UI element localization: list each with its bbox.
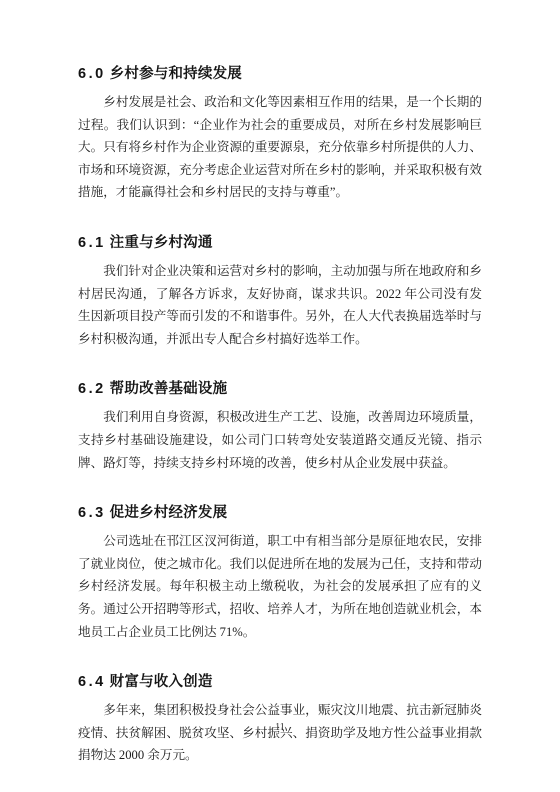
section-6-1: 6.1注重与乡村沟通 我们针对企业决策和运营对乡村的影响，主动加强与所在地政府和…	[78, 233, 482, 350]
section-number: 6.1	[78, 235, 106, 251]
section-title: 促进乡村经济发展	[110, 505, 228, 521]
section-title: 帮助改善基础设施	[110, 381, 228, 397]
page-content: 6.0乡村参与和持续发展 乡村发展是社会、政治和文化等因素相互作用的结果，是一个…	[78, 64, 482, 767]
section-6-2: 6.2帮助改善基础设施 我们利用自身资源，积极改进生产工艺、设施，改善周边环境质…	[78, 379, 482, 474]
section-6-4: 6.4财富与收入创造 多年来，集团积极投身社会公益事业，赈灾汶川地震、抗击新冠肺…	[78, 672, 482, 767]
section-number: 6.4	[78, 674, 106, 690]
section-heading: 6.0乡村参与和持续发展	[78, 64, 482, 85]
section-title: 乡村参与和持续发展	[110, 66, 242, 82]
document-page: 6.0乡村参与和持续发展 乡村发展是社会、政治和文化等因素相互作用的结果，是一个…	[0, 0, 560, 792]
section-6-3: 6.3促进乡村经济发展 公司选址在邗江区汊河街道，职工中有相当部分是原征地农民，…	[78, 503, 482, 643]
section-title: 注重与乡村沟通	[110, 235, 213, 251]
page-number: 11	[0, 722, 560, 733]
section-paragraph: 我们针对企业决策和运营对乡村的影响，主动加强与所在地政府和乡村居民沟通，了解各方…	[78, 260, 482, 350]
section-6-0: 6.0乡村参与和持续发展 乡村发展是社会、政治和文化等因素相互作用的结果，是一个…	[78, 64, 482, 204]
section-number: 6.0	[78, 66, 106, 82]
section-paragraph: 我们利用自身资源，积极改进生产工艺、设施，改善周边环境质量，支持乡村基础设施建设…	[78, 406, 482, 474]
section-heading: 6.3促进乡村经济发展	[78, 503, 482, 524]
section-heading: 6.2帮助改善基础设施	[78, 379, 482, 400]
section-heading: 6.1注重与乡村沟通	[78, 233, 482, 254]
section-title: 财富与收入创造	[110, 674, 213, 690]
section-paragraph: 公司选址在邗江区汊河街道，职工中有相当部分是原征地农民，安排了就业岗位，使之城市…	[78, 530, 482, 643]
section-number: 6.3	[78, 505, 106, 521]
section-paragraph: 乡村发展是社会、政治和文化等因素相互作用的结果，是一个长期的过程。我们认识到：“…	[78, 91, 482, 204]
section-number: 6.2	[78, 381, 106, 397]
section-heading: 6.4财富与收入创造	[78, 672, 482, 693]
